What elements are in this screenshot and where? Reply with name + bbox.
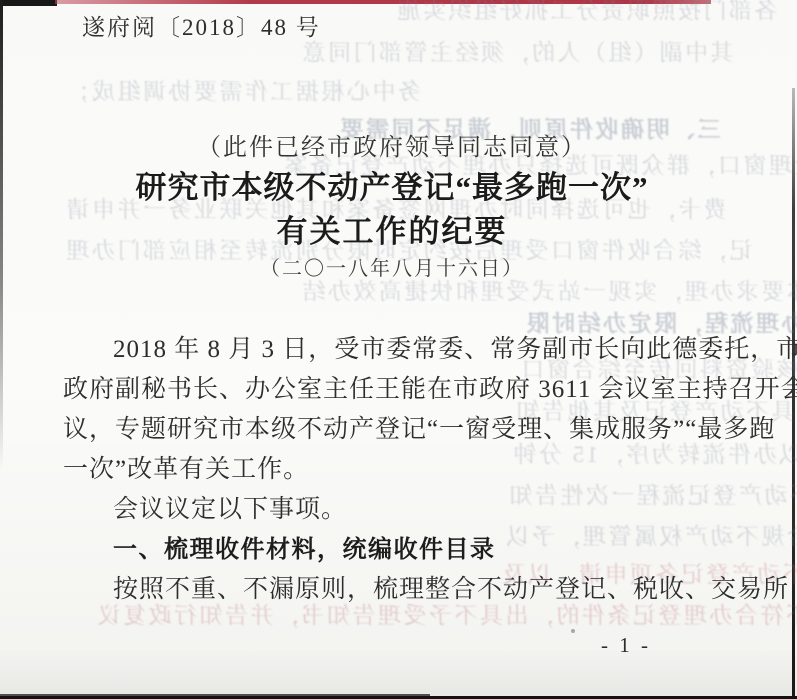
body-line: 政府副秘书长、办公室主任王能在市政府 3611 会议室主持召开会 [63, 369, 797, 405]
body-line: 2018 年 8 月 3 日，受市委常委、常务副市长向此德委托，市 [63, 329, 797, 365]
scan-bottom-shading [0, 648, 797, 696]
body-line: 议，专题研究市本级不动产登记“一窗受理、集成服务”“最多跑 [63, 409, 775, 445]
body-line: 一次”改革有关工作。 [63, 449, 309, 485]
document-title-line2: 有关工作的纪要 [20, 206, 764, 251]
bleed-through-text: 内只需至综合窗口，窗口人员按不动产登记流程一次性告知 [507, 477, 797, 510]
section-heading: 一、梳理收件材料，统编收件目录 [63, 529, 496, 564]
body-line: 按照不重、不漏原则，梳理整合不动产登记、税收、交易所 [63, 569, 789, 605]
scan-edge-top-black [0, 0, 57, 6]
bleed-through-text: 各部门按照职责分工抓好组织实施 [395, 0, 778, 25]
document-reference-number: 遂府阅〔2018〕48 号 [82, 9, 321, 42]
document-title-line1: 研究市本级不动产登记“最多跑一次” [20, 162, 764, 207]
scanned-document-page: 各部门按照职责分工抓好组织实施 其中副（组）人的，须经主管部门同意 务中心根据工… [0, 0, 797, 699]
bleed-through-text: 其中副（组）人的，须经主管部门同意 [300, 34, 734, 67]
document-date: （二〇一八年八月十六日） [20, 252, 764, 281]
page-number: - 1 - [601, 633, 651, 658]
approval-note: （此件已经市政府领导同志同意） [20, 127, 764, 162]
bleed-through-text: 务中心根据工作需要协调组成； [64, 73, 421, 106]
scan-edge-left [0, 0, 3, 470]
bleed-through-text: 产登记业务审查，从严核查合法合规不动产权属管理，予以 [504, 518, 797, 551]
body-line: 会议议定以下事项。 [63, 489, 347, 525]
